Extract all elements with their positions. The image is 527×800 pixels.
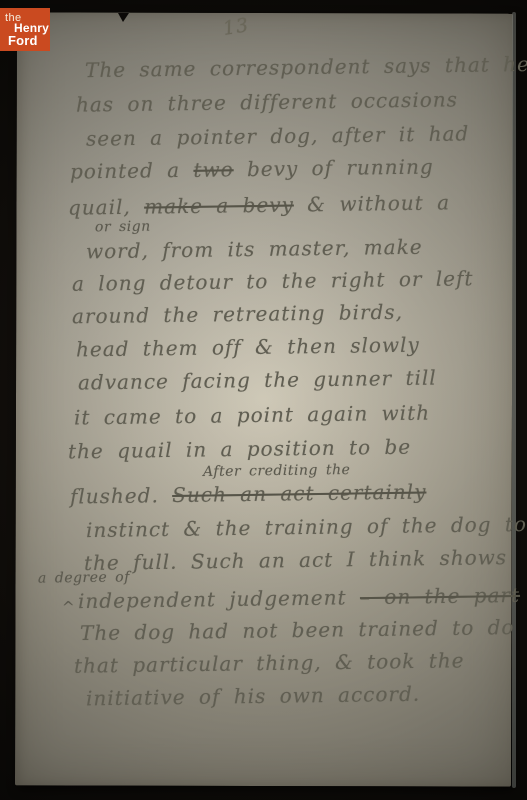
handwritten-text: advance facing the gunner till <box>78 365 437 394</box>
handwriting-line: quail, make a bevy & without a <box>68 190 450 219</box>
handwriting-line: the quail in a position to be <box>68 435 411 464</box>
handwritten-text: pointed a <box>70 158 194 184</box>
handwritten-text: around the retreating birds, <box>72 300 403 329</box>
handwritten-text: a long detour to the right or left <box>72 266 474 296</box>
handwriting-line: word, from its master, make <box>86 235 423 264</box>
interline-insert: or sign <box>95 219 151 236</box>
handwriting-line: pointed a two bevy of running <box>70 154 434 183</box>
interline-insert: After crediting the <box>203 462 351 480</box>
handwriting-line: that particular thing, & took the <box>74 648 465 677</box>
struck-text: Such an act certainly <box>172 480 427 508</box>
handwriting-line: independent judgement – on the part <box>78 583 520 613</box>
handwritten-text: a degree of <box>38 569 130 586</box>
handwritten-text: The dog had not been trained to do <box>80 615 515 645</box>
handwritten-text: flushed. <box>70 483 173 508</box>
page-number: 13 <box>221 14 250 40</box>
handwriting-line: head them off & then slowly <box>76 333 420 362</box>
handwritten-text: has on three different occasions <box>76 87 458 116</box>
handwriting-line: it came to a point again with <box>74 401 430 430</box>
handwriting-line: seen a pointer dog, after it had <box>86 121 470 150</box>
handwritten-text: The same correspondent says that he <box>85 52 527 82</box>
handwritten-text: head them off & then slowly <box>76 333 420 362</box>
handwriting-line: initiative of his own accord. <box>86 682 420 711</box>
struck-text: – on the part <box>360 583 520 609</box>
handwritten-text: 13 <box>221 14 250 40</box>
handwriting-line: the full. Such an act I think shows <box>84 545 507 575</box>
handwritten-text: bevy of running <box>233 154 433 181</box>
margin-insert: a degree of <box>38 569 130 586</box>
handwritten-text: ^ <box>62 598 76 616</box>
handwritten-text: word, from its master, make <box>86 235 423 264</box>
handwritten-text: that particular thing, & took the <box>74 648 465 677</box>
handwritten-text: independent judgement <box>78 585 360 613</box>
logo-word-ford: Ford <box>8 33 38 48</box>
handwritten-text: it came to a point again with <box>74 401 430 430</box>
struck-text: make a bevy <box>144 193 294 219</box>
handwriting-line: around the retreating birds, <box>72 300 403 329</box>
handwritten-text: seen a pointer dog, after it had <box>86 121 470 150</box>
manuscript-lines: 13The same correspondent says that hehas… <box>0 0 527 800</box>
handwriting-line: The same correspondent says that he <box>85 52 527 82</box>
handwritten-text: instinct & the training of the dog to <box>86 512 527 542</box>
handwriting-line: instinct & the training of the dog to <box>86 512 527 542</box>
handwritten-text: & without a <box>294 190 451 216</box>
handwritten-text: initiative of his own accord. <box>86 682 420 711</box>
handwritten-text: the full. Such an act I think shows <box>84 545 507 575</box>
handwriting-line: advance facing the gunner till <box>78 365 437 394</box>
handwritten-text: the quail in a position to be <box>68 435 411 464</box>
handwriting-line: The dog had not been trained to do <box>80 615 515 645</box>
handwritten-text: quail, <box>68 195 144 220</box>
handwriting-line: a long detour to the right or left <box>72 266 474 296</box>
handwriting-line: has on three different occasions <box>76 87 458 116</box>
handwritten-text: or sign <box>95 219 151 236</box>
henry-ford-archive-logo: the Henry Ford <box>0 8 50 51</box>
handwriting-line: flushed. Such an act certainly <box>70 480 427 509</box>
handwritten-text: After crediting the <box>203 462 351 480</box>
struck-text: two <box>193 157 234 182</box>
insert-caret: ^ <box>62 598 76 616</box>
